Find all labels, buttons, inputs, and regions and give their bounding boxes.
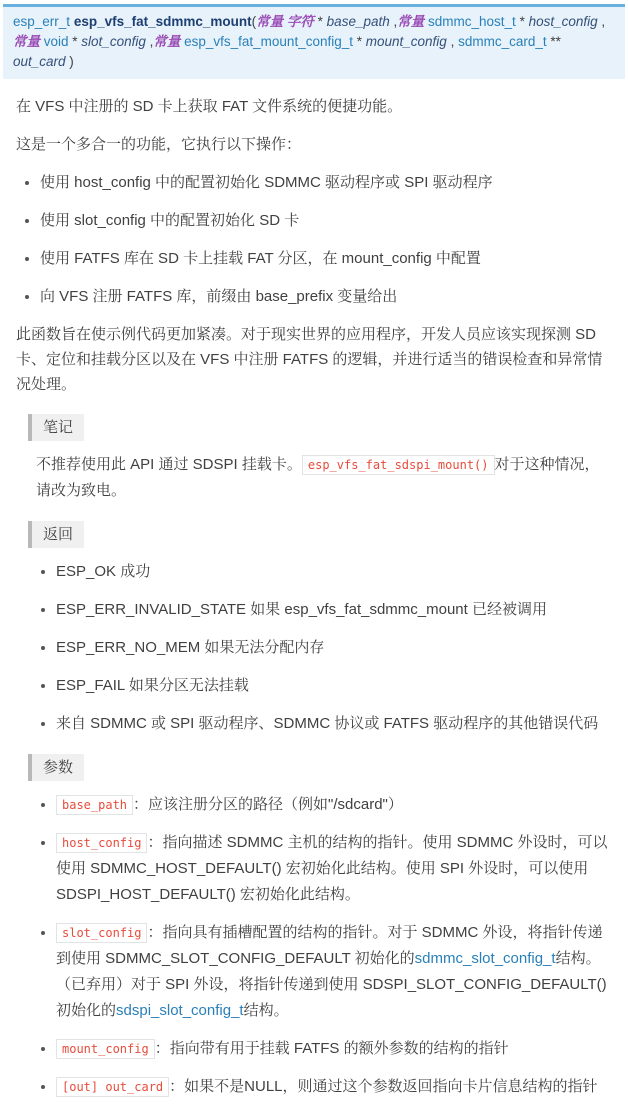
- operation-list-item: 向 VFS 注册 FATFS 库，前缀由 base_prefix 变量给出: [40, 284, 612, 309]
- sig-token-punct: ,: [598, 14, 606, 29]
- sig-token-type[interactable]: esp_err_t: [13, 14, 70, 29]
- return-value-item: ESP_ERR_INVALID_STATE 如果 esp_vfs_fat_sdm…: [56, 597, 612, 623]
- function-name: esp_vfs_fat_sdmmc_mount: [74, 14, 252, 29]
- sig-token-kw: 字符: [287, 14, 314, 29]
- sig-token-punct: *: [516, 14, 529, 29]
- return-value-item: ESP_ERR_NO_MEM 如果无法分配内存: [56, 635, 612, 661]
- returns-label: 返回: [28, 521, 84, 548]
- parameter-name-code: host_config: [56, 833, 147, 853]
- parameter-description-text: 结构。: [244, 1002, 289, 1019]
- sig-token-param: out_card: [13, 54, 66, 69]
- sig-token-kw: 常量: [397, 14, 424, 29]
- sig-token-param: slot_config: [81, 34, 146, 49]
- note-text-pre: 不推荐使用此 API 通过 SDSPI 挂载卡。: [36, 456, 302, 473]
- type-reference-link[interactable]: sdmmc_slot_config_t: [415, 950, 556, 967]
- returns-list: ESP_OK 成功ESP_ERR_INVALID_STATE 如果 esp_vf…: [28, 559, 612, 737]
- parameter-item: host_config：指向描述 SDMMC 主机的结构的指针。使用 SDMMC…: [56, 830, 612, 908]
- return-value-item: 来自 SDMMC 或 SPI 驱动程序、SDMMC 协议或 FATFS 驱动程序…: [56, 711, 612, 737]
- sig-token-type[interactable]: sdmmc_card_t: [458, 34, 547, 49]
- sig-token-kw: 常量: [256, 14, 283, 29]
- parameter-item: base_path：应该注册分区的路径（例如"/sdcard"）: [56, 792, 612, 818]
- sig-token-punct: *: [314, 14, 327, 29]
- operation-list-item: 使用 slot_config 中的配置初始化 SD 卡: [40, 208, 612, 233]
- parameter-description-text: ：应该注册分区的路径（例如"/sdcard"）: [133, 796, 403, 813]
- parameter-name-code: mount_config: [56, 1039, 155, 1059]
- params-section: 参数 base_path：应该注册分区的路径（例如"/sdcard"）host_…: [16, 750, 612, 1100]
- intro-paragraph-2: 这是一个多合一的功能，它执行以下操作：: [16, 132, 612, 157]
- note-body: 不推荐使用此 API 通过 SDSPI 挂载卡。esp_vfs_fat_sdsp…: [36, 452, 612, 504]
- doc-content: 在 VFS 中注册的 SD 卡上获取 FAT 文件系统的便捷功能。 这是一个多合…: [0, 94, 628, 1100]
- type-reference-link[interactable]: sdspi_slot_config_t: [116, 1002, 244, 1019]
- parameter-item: mount_config：指向带有用于挂载 FATFS 的额外参数的结构的指针: [56, 1036, 612, 1062]
- return-value-item: ESP_OK 成功: [56, 559, 612, 585]
- sig-token-kw: 常量: [13, 34, 40, 49]
- sig-token-punct: *: [69, 34, 82, 49]
- note-section: 笔记 不推荐使用此 API 通过 SDSPI 挂载卡。esp_vfs_fat_s…: [16, 410, 612, 504]
- operation-list-item: 使用 host_config 中的配置初始化 SDMMC 驱动程序或 SPI 驱…: [40, 170, 612, 195]
- sig-token-param: base_path: [327, 14, 390, 29]
- sig-token-punct: ,: [447, 34, 458, 49]
- note-label: 笔记: [28, 414, 84, 441]
- parameter-name-code: [out] out_card: [56, 1077, 169, 1097]
- summary-paragraph: 此函数旨在使示例代码更加紧凑。对于现实世界的应用程序，开发人员应该实现探测 SD…: [16, 322, 612, 397]
- sig-token-type[interactable]: esp_vfs_fat_mount_config_t: [184, 34, 353, 49]
- params-list: base_path：应该注册分区的路径（例如"/sdcard"）host_con…: [28, 792, 612, 1100]
- function-signature: esp_err_t esp_vfs_fat_sdmmc_mount(常量 字符 …: [3, 4, 625, 79]
- sig-token-type[interactable]: sdmmc_host_t: [428, 14, 516, 29]
- parameter-description-text: ：如果不是NULL，则通过这个参数返回指向卡片信息结构的指针: [169, 1078, 597, 1095]
- sig-token-punct: *: [353, 34, 366, 49]
- sig-token-param: mount_config: [366, 34, 447, 49]
- operations-list: 使用 host_config 中的配置初始化 SDMMC 驱动程序或 SPI 驱…: [16, 170, 612, 309]
- sig-token-kw: 常量: [153, 34, 180, 49]
- sig-token-punct: **: [547, 34, 561, 49]
- params-label: 参数: [28, 754, 84, 781]
- sig-token-type: void: [44, 34, 69, 49]
- intro-paragraph-1: 在 VFS 中注册的 SD 卡上获取 FAT 文件系统的便捷功能。: [16, 94, 612, 119]
- sig-token-param: host_config: [529, 14, 598, 29]
- parameter-item: [out] out_card：如果不是NULL，则通过这个参数返回指向卡片信息结…: [56, 1074, 612, 1100]
- sig-token-punct: ): [66, 54, 74, 69]
- operation-list-item: 使用 FATFS 库在 SD 卡上挂载 FAT 分区，在 mount_confi…: [40, 246, 612, 271]
- parameter-item: slot_config：指向具有插槽配置的结构的指针。对于 SDMMC 外设，将…: [56, 920, 612, 1024]
- parameter-name-code: base_path: [56, 795, 133, 815]
- parameter-description-text: ：指向带有用于挂载 FATFS 的额外参数的结构的指针: [155, 1040, 509, 1057]
- returns-section: 返回 ESP_OK 成功ESP_ERR_INVALID_STATE 如果 esp…: [16, 517, 612, 737]
- parameter-name-code: slot_config: [56, 923, 147, 943]
- sdspi-mount-code-link[interactable]: esp_vfs_fat_sdspi_mount(): [302, 455, 495, 475]
- return-value-item: ESP_FAIL 如果分区无法挂载: [56, 673, 612, 699]
